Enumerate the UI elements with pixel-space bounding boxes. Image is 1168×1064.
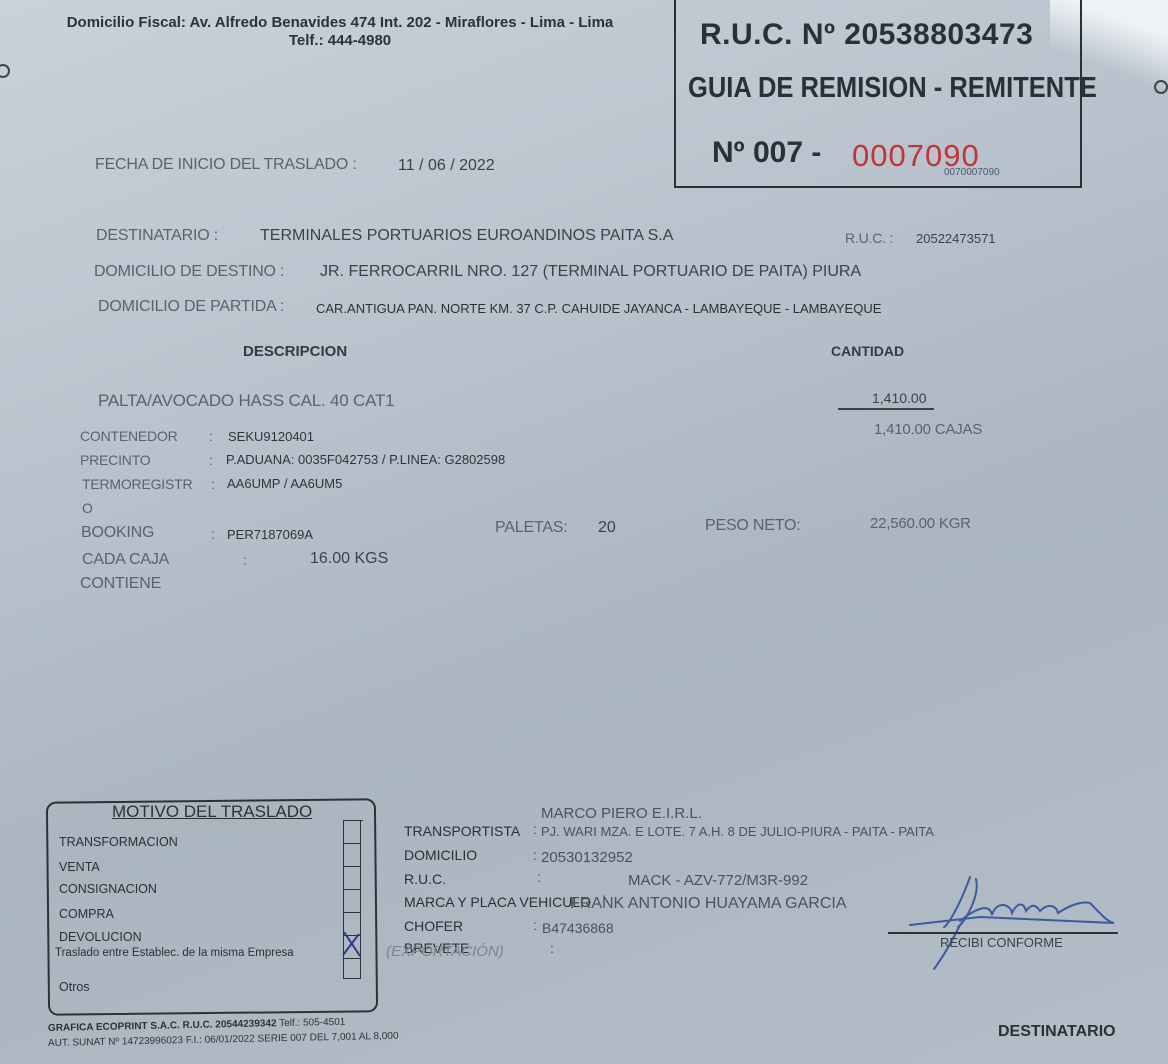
- detail-colon: :: [211, 526, 215, 542]
- edge-stamp-icon: [1154, 80, 1168, 94]
- motivo-option-label: COMPRA: [59, 907, 114, 921]
- document-type: GUIA DE REMISION - REMITENTE: [688, 72, 1097, 105]
- transportista-value: MARCO PIERO E.I.R.L.: [541, 805, 702, 822]
- motivo-option-label: TRANSFORMACION: [59, 835, 178, 849]
- detail-colon: :: [243, 552, 247, 568]
- printer-name: GRAFICA ECOPRINT S.A.C. R.U.C. 205442393…: [48, 1018, 277, 1034]
- motivo-checkbox[interactable]: [343, 867, 361, 890]
- description-header: DESCRIPCION: [243, 343, 347, 360]
- printer-phone: Telf.: 505-4501: [276, 1017, 345, 1029]
- ruc-label: R.U.C.: [404, 871, 446, 887]
- quantity-underline: [838, 408, 934, 410]
- detail-label-contenedor: CONTENEDOR: [80, 428, 178, 444]
- edge-stamp-icon: [0, 64, 10, 78]
- quantity-header: CANTIDAD: [831, 343, 904, 359]
- colon: :: [537, 869, 541, 885]
- marca-placa-label: MARCA Y PLACA VEHICULO: [404, 894, 591, 910]
- detail-label-termoregistro: TERMOREGISTR: [82, 476, 192, 492]
- transportista-label: TRANSPORTISTA: [404, 823, 520, 839]
- domicilio-value: PJ. WARI MZA. E LOTE. 7 A.H. 8 DE JULIO-…: [541, 824, 934, 839]
- number-overprint: 0070007090: [944, 167, 1000, 178]
- detail-value-booking: PER7187069A: [227, 527, 313, 542]
- item-description: PALTA/AVOCADO HASS CAL. 40 CAT1: [98, 391, 394, 411]
- exportacion-stamp: (EXPORTACIÓN): [386, 943, 504, 960]
- motivo-option-label: Traslado entre Establec. de la misma Emp…: [55, 947, 294, 959]
- brevete-value: B47436868: [542, 920, 614, 936]
- destinatario-ruc-value: 20522473571: [916, 231, 996, 246]
- motivo-title: MOTIVO DEL TRASLADO: [112, 802, 312, 822]
- domicilio-partida-value: CAR.ANTIGUA PAN. NORTE KM. 37 C.P. CAHUI…: [316, 301, 881, 316]
- domicilio-partida-label: DOMICILIO DE PARTIDA :: [98, 298, 284, 316]
- copy-label: DESTINATARIO: [998, 1023, 1116, 1041]
- ruc-value: 20530132952: [541, 849, 633, 866]
- sunat-authorization: AUT. SUNAT Nº 14723996023 F.I.: 06/01/20…: [48, 1031, 399, 1049]
- colon: :: [550, 940, 554, 956]
- motivo-option-label: CONSIGNACION: [59, 882, 157, 896]
- peso-neto-value: 22,560.00 KGR: [870, 515, 971, 532]
- motivo-checkbox[interactable]: [343, 959, 361, 979]
- marca-placa-value: MACK - AZV-772/M3R-992: [628, 872, 808, 889]
- colon: :: [533, 821, 537, 837]
- detail-label-precinto: PRECINTO: [80, 452, 151, 468]
- destinatario-label: DESTINATARIO :: [96, 227, 218, 245]
- domicilio-destino-label: DOMICILIO DE DESTINO :: [94, 263, 284, 281]
- peso-neto-label: PESO NETO:: [705, 517, 801, 535]
- destinatario-ruc-label: R.U.C. :: [845, 230, 893, 246]
- motivo-option-label: Otros: [59, 980, 90, 994]
- fecha-label: FECHA DE INICIO DEL TRASLADO :: [95, 156, 357, 174]
- fiscal-address-block: Domicilio Fiscal: Av. Alfredo Benavides …: [40, 14, 640, 50]
- motivo-checkbox[interactable]: [343, 936, 361, 959]
- recibi-conforme-label: RECIBI CONFORME: [940, 935, 1063, 950]
- detail-value-termoregistro: AA6UMP / AA6UM5: [227, 476, 342, 491]
- colon: :: [533, 917, 537, 933]
- motivo-checkbox[interactable]: [343, 890, 361, 913]
- detail-colon: :: [209, 452, 213, 468]
- fecha-value: 11 / 06 / 2022: [398, 157, 495, 175]
- signature-line: [888, 932, 1118, 934]
- detail-value-precinto: P.ADUANA: 0035F042753 / P.LINEA: G280259…: [226, 452, 505, 467]
- item-total: 1,410.00 CAJAS: [874, 421, 982, 438]
- domicilio-destino-value: JR. FERROCARRIL NRO. 127 (TERMINAL PORTU…: [320, 263, 861, 281]
- colon: :: [533, 847, 537, 863]
- printer-info: GRAFICA ECOPRINT S.A.C. R.U.C. 205442393…: [48, 1017, 346, 1034]
- detail-value-cada-caja: 16.00 KGS: [310, 550, 388, 568]
- motivo-checkbox[interactable]: [343, 844, 361, 867]
- detail-value-contenedor: SEKU9120401: [228, 429, 314, 444]
- chofer-label: CHOFER: [404, 918, 463, 934]
- signature-icon: [900, 865, 1130, 975]
- domicilio-label: DOMICILIO: [404, 847, 477, 863]
- item-quantity: 1,410.00: [872, 390, 927, 406]
- motivo-option-label: DEVOLUCION: [59, 930, 142, 944]
- detail-label-cada-caja: CADA CAJA: [82, 551, 169, 569]
- chofer-value: FRANK ANTONIO HUAYAMA GARCIA: [570, 895, 847, 913]
- paletas-label: PALETAS:: [495, 519, 568, 537]
- company-phone: Telf.: 444-4980: [40, 32, 640, 50]
- detail-label-booking: BOOKING: [81, 524, 154, 542]
- destinatario-value: TERMINALES PORTUARIOS EUROANDINOS PAITA …: [260, 227, 673, 245]
- detail-label-cada-caja-wrap: CONTIENE: [80, 575, 161, 593]
- detail-colon: :: [211, 476, 215, 492]
- motivo-option-label: VENTA: [59, 860, 100, 874]
- detail-label-termoregistro-wrap: O: [82, 500, 93, 516]
- detail-colon: :: [209, 428, 213, 444]
- fiscal-address: Domicilio Fiscal: Av. Alfredo Benavides …: [40, 14, 640, 32]
- paletas-value: 20: [598, 519, 616, 537]
- motivo-checkbox-column: [343, 820, 363, 979]
- series-prefix: Nº 007 -: [712, 136, 821, 170]
- company-ruc: R.U.C. Nº 20538803473: [700, 18, 1033, 52]
- check-x-icon: [341, 928, 363, 958]
- motivo-checkbox[interactable]: [343, 821, 361, 844]
